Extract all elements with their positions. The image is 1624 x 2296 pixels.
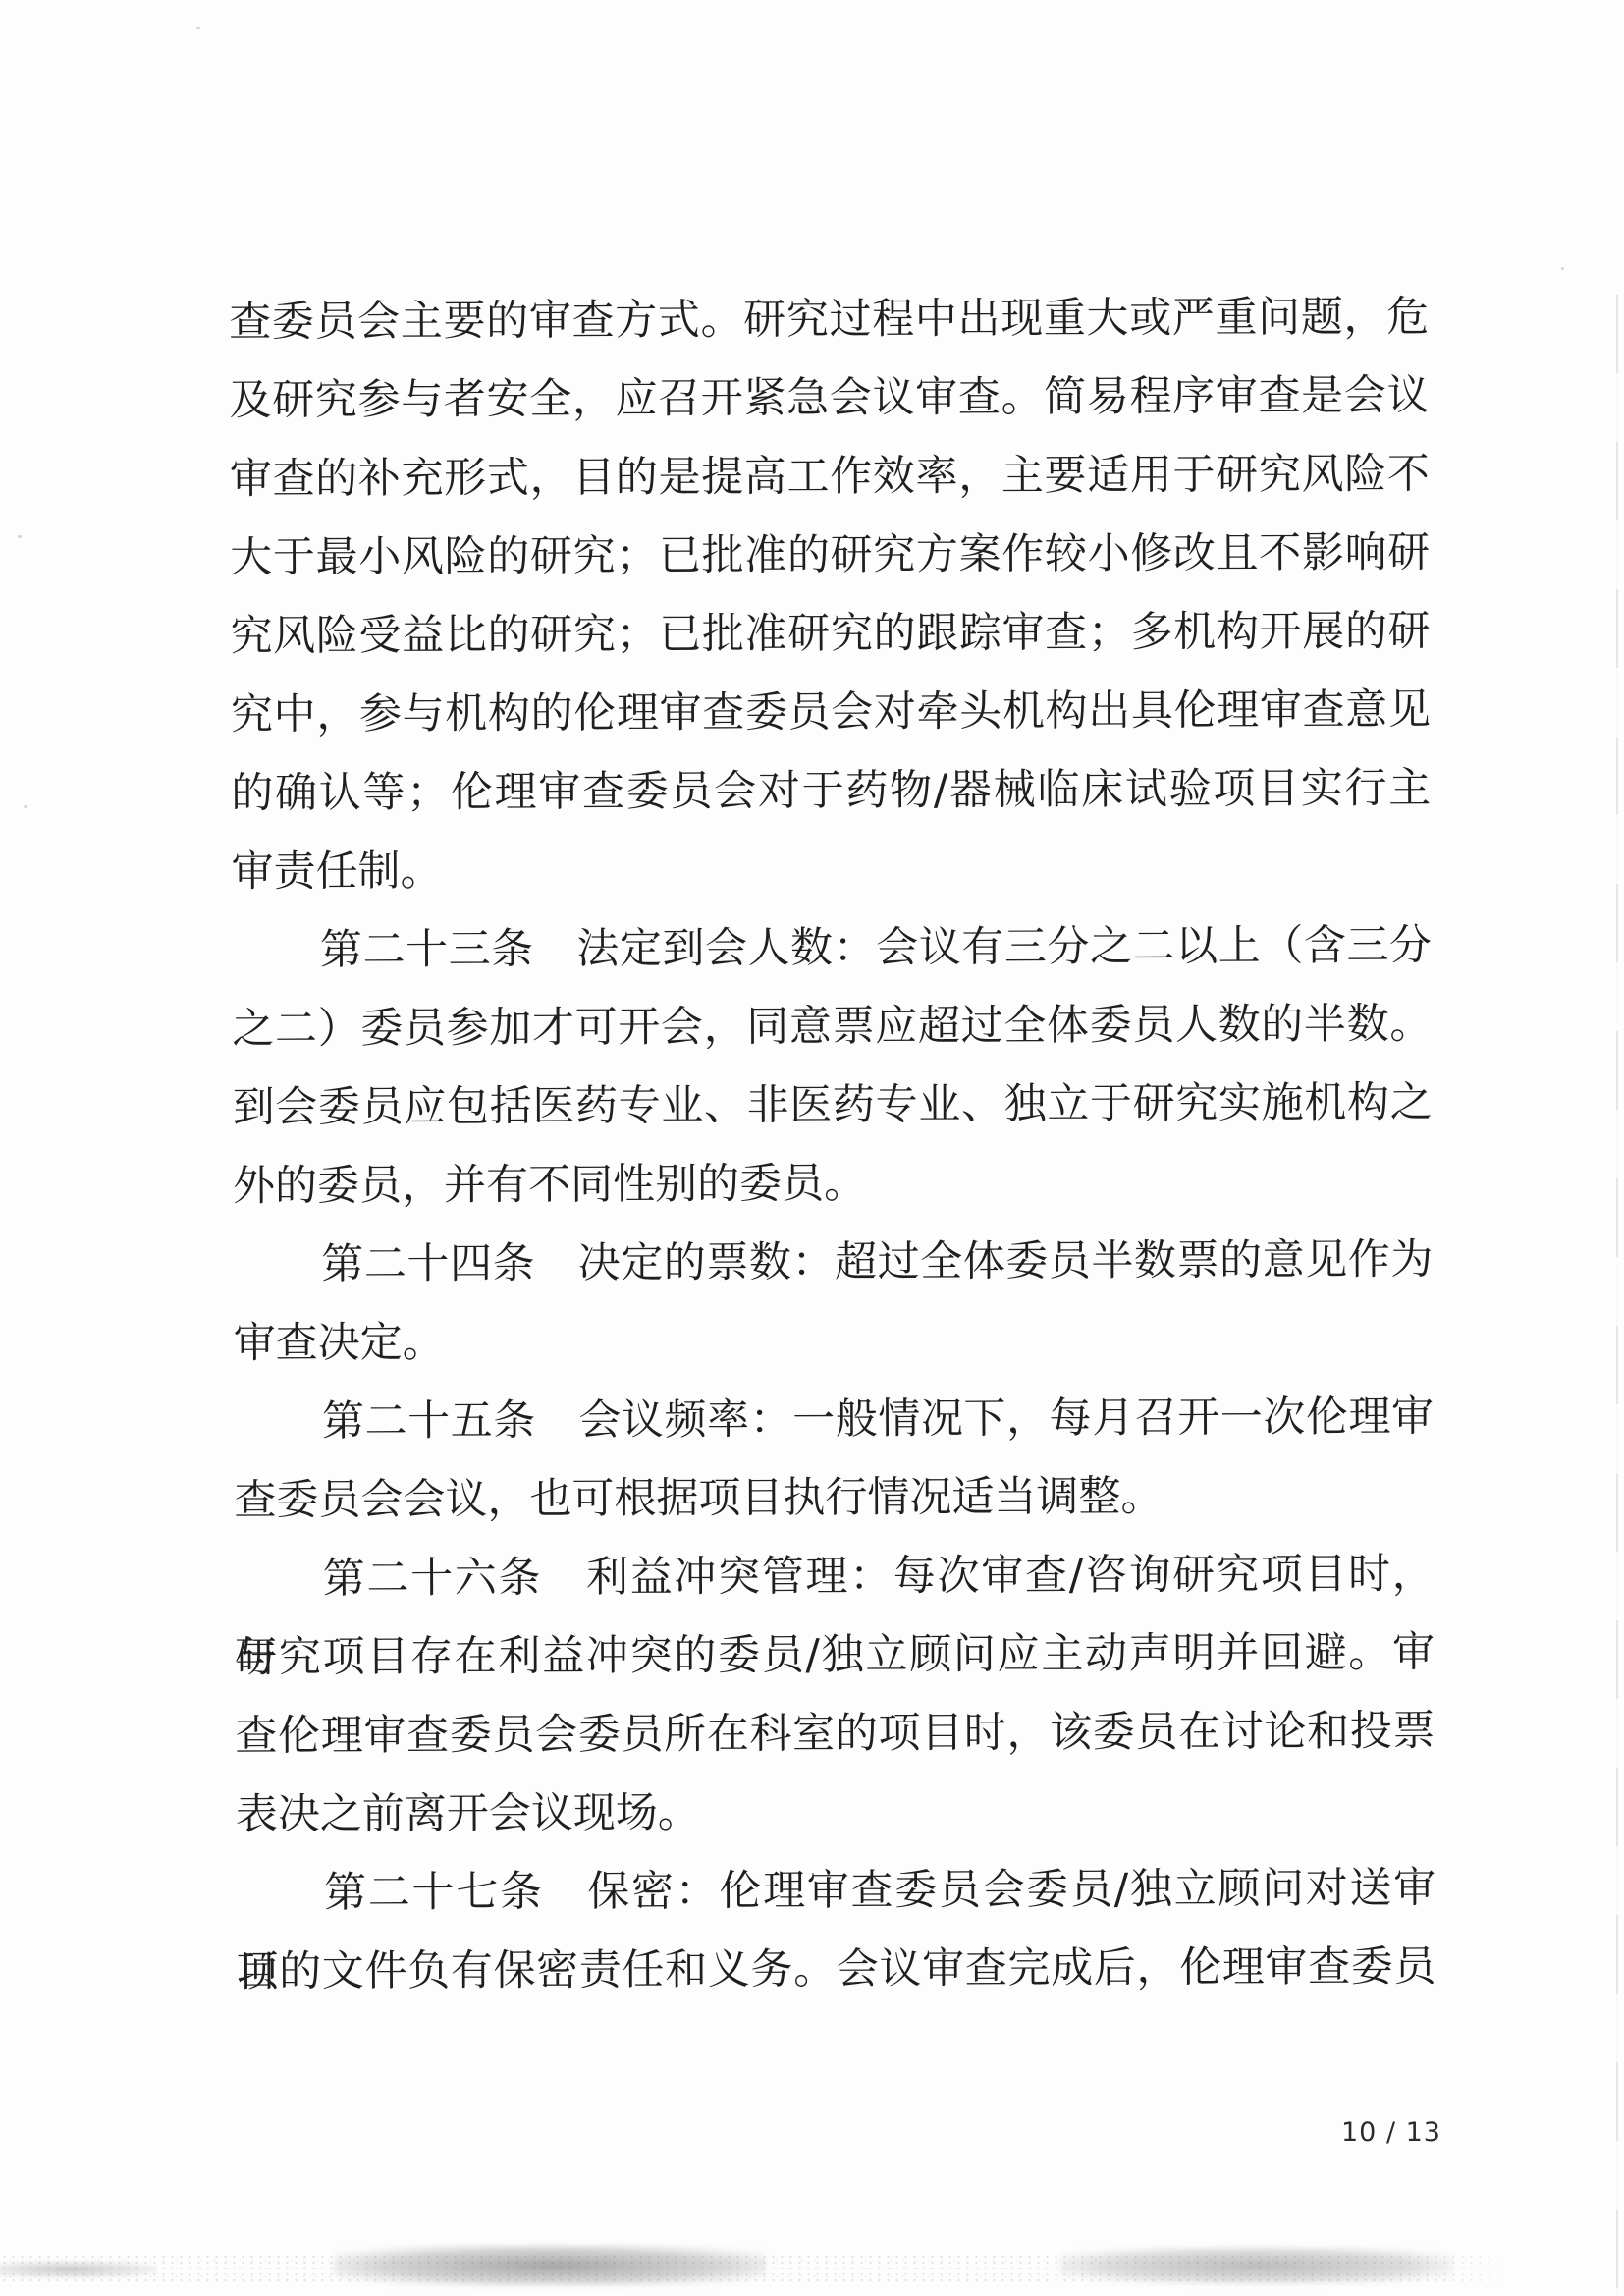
document-line-article-23: 第二十三条 法定到会人数：会议有三分之二以上（含三分 <box>232 906 1432 990</box>
document-line: 查委员会主要的审查方式。研究过程中出现重大或严重问题，危 <box>229 278 1429 361</box>
document-line: 审查决定。 <box>234 1299 1434 1383</box>
scan-noise-blob <box>1060 2247 1453 2284</box>
document-line: 之二）委员参加才可开会，同意票应超过全体委员人数的半数。 <box>232 985 1432 1068</box>
scan-noise-fade <box>1408 2239 1624 2296</box>
document-line: 查委员会会议，也可根据项目执行情况适当调整。 <box>234 1456 1434 1540</box>
document-line-article-25: 第二十五条 会议频率：一般情况下，每月召开一次伦理审 <box>234 1378 1434 1461</box>
scan-speck <box>18 535 22 538</box>
document-line: 研究项目存在利益冲突的委员/独立顾问应主动声明并回避。审 <box>235 1613 1435 1697</box>
document-line: 的确认等；伦理审查委员会对于药物/器械临床试验项目实行主 <box>231 749 1431 833</box>
scan-speck <box>1561 267 1564 270</box>
document-body-text: 查委员会主要的审查方式。研究过程中出现重大或严重问题，危 及研究参与者安全，应召… <box>229 278 1436 2011</box>
document-line-article-27: 第二十七条 保密：伦理审查委员会委员/独立顾问对送审项 <box>236 1849 1435 1933</box>
page-number: 10 / 13 <box>1341 2117 1441 2148</box>
document-line-article-26: 第二十六条 利益冲突管理：每次审查/咨询研究项目时，与 <box>235 1535 1435 1618</box>
scan-speck <box>24 805 27 808</box>
scan-speck <box>196 27 200 29</box>
scan-noise-blob <box>334 2245 766 2286</box>
document-line: 外的委员，并有不同性别的委员。 <box>233 1142 1433 1226</box>
scanned-document-page: 查委员会主要的审查方式。研究过程中出现重大或严重问题，危 及研究参与者安全，应召… <box>0 0 1624 2296</box>
scan-noise-blob <box>0 2261 157 2278</box>
scan-edge-line <box>1616 295 1618 2296</box>
document-line: 及研究参与者安全，应召开紧急会议审查。简易程序审查是会议 <box>229 356 1429 440</box>
document-line: 究中，参与机构的伦理审查委员会对牵头机构出具伦理审查意见 <box>231 671 1431 754</box>
document-line: 表决之前离开会议现场。 <box>236 1771 1435 1854</box>
document-line: 大于最小风险的研究；已批准的研究方案作较小修改且不影响研 <box>230 514 1430 597</box>
document-line: 查伦理审查委员会委员所在科室的项目时，该委员在讨论和投票 <box>235 1692 1435 1776</box>
document-line: 究风险受益比的研究；已批准研究的跟踪审查；多机构开展的研 <box>230 592 1430 676</box>
document-line-article-24: 第二十四条 决定的票数：超过全体委员半数票的意见作为 <box>233 1221 1433 1304</box>
document-line: 审查的补充形式，目的是提高工作效率，主要适用于研究风险不 <box>230 435 1430 519</box>
document-line: 目的文件负有保密责任和义务。会议审查完成后，伦理审查委员 <box>236 1928 1435 2011</box>
document-line: 到会委员应包括医药专业、非医药专业、独立于研究实施机构之 <box>232 1064 1432 1147</box>
scan-noise-band <box>0 2239 1624 2296</box>
document-line: 审责任制。 <box>231 828 1431 911</box>
